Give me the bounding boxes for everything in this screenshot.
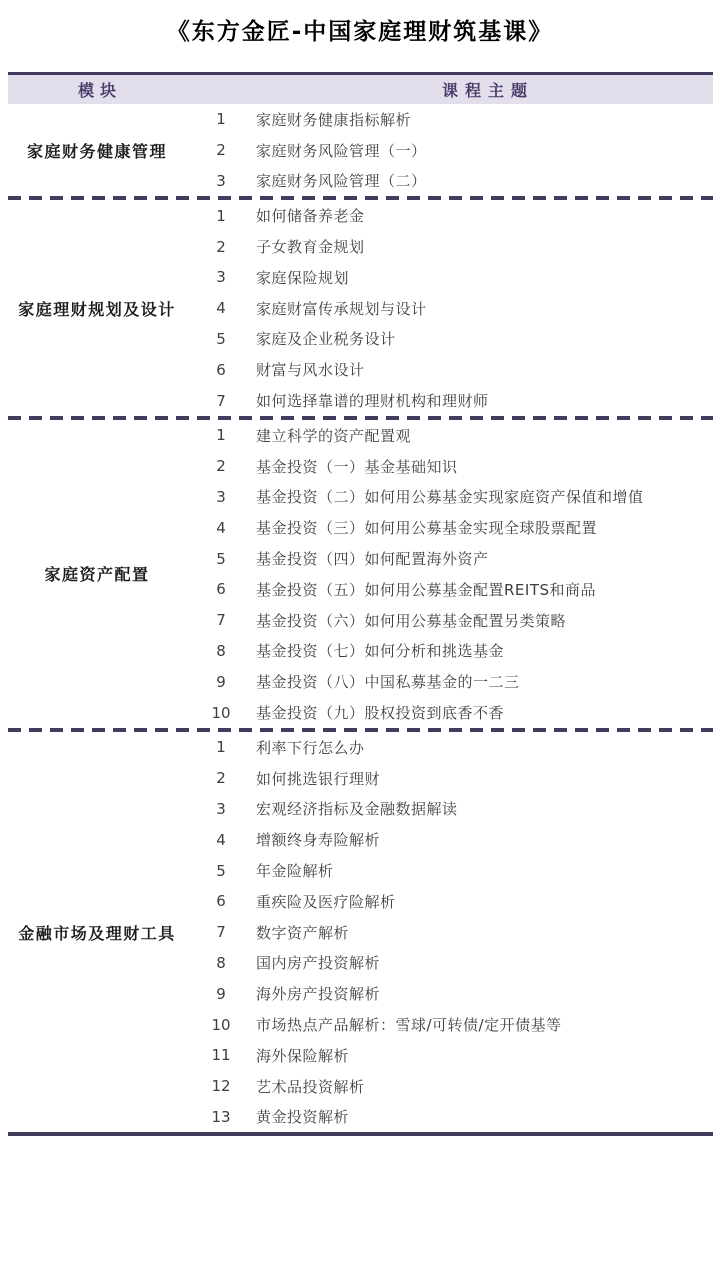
topic-title: 艺术品投资解析 xyxy=(256,1076,713,1097)
topic-title: 如何储备养老金 xyxy=(256,205,713,226)
topic-rows: 1建立科学的资产配置观2基金投资（一）基金基础知识3基金投资（二）如何用公募基金… xyxy=(186,420,713,728)
table-row: 3家庭财务风险管理（二） xyxy=(186,166,713,197)
table-row: 2家庭财务风险管理（一） xyxy=(186,135,713,166)
topic-number: 4 xyxy=(186,519,256,537)
topic-title: 基金投资（六）如何用公募基金配置另类策略 xyxy=(256,610,713,631)
topic-number: 3 xyxy=(186,172,256,190)
course-table: 模块 课程主题 家庭财务健康管理1家庭财务健康指标解析2家庭财务风险管理（一）3… xyxy=(8,72,713,1136)
topic-number: 2 xyxy=(186,238,256,256)
table-row: 10市场热点产品解析：雪球/可转债/定开债基等 xyxy=(186,1009,713,1040)
topic-number: 1 xyxy=(186,426,256,444)
topic-title: 利率下行怎么办 xyxy=(256,737,713,758)
table-row: 8基金投资（七）如何分析和挑选基金 xyxy=(186,636,713,667)
topic-number: 3 xyxy=(186,488,256,506)
module-section: 家庭财务健康管理1家庭财务健康指标解析2家庭财务风险管理（一）3家庭财务风险管理… xyxy=(8,104,713,196)
topic-number: 9 xyxy=(186,673,256,691)
topic-title: 财富与风水设计 xyxy=(256,359,713,380)
table-row: 7基金投资（六）如何用公募基金配置另类策略 xyxy=(186,605,713,636)
topic-number: 6 xyxy=(186,892,256,910)
topic-title: 海外房产投资解析 xyxy=(256,983,713,1004)
topic-number: 3 xyxy=(186,268,256,286)
topic-number: 6 xyxy=(186,580,256,598)
table-row: 7数字资产解析 xyxy=(186,917,713,948)
table-row: 2子女教育金规划 xyxy=(186,231,713,262)
topic-title: 基金投资（三）如何用公募基金实现全球股票配置 xyxy=(256,517,713,538)
topic-title: 基金投资（四）如何配置海外资产 xyxy=(256,548,713,569)
topic-title: 基金投资（七）如何分析和挑选基金 xyxy=(256,640,713,661)
topic-number: 4 xyxy=(186,831,256,849)
topic-title: 家庭财务健康指标解析 xyxy=(256,109,713,130)
column-header-module: 模块 xyxy=(8,78,186,101)
table-row: 7如何选择靠谱的理财机构和理财师 xyxy=(186,385,713,416)
topic-title: 基金投资（五）如何用公募基金配置REITS和商品 xyxy=(256,579,713,600)
topic-number: 5 xyxy=(186,550,256,568)
topic-number: 7 xyxy=(186,392,256,410)
table-row: 6财富与风水设计 xyxy=(186,354,713,385)
table-row: 2如何挑选银行理财 xyxy=(186,763,713,794)
topic-number: 2 xyxy=(186,141,256,159)
topic-title: 如何挑选银行理财 xyxy=(256,768,713,789)
topic-title: 家庭财富传承规划与设计 xyxy=(256,298,713,319)
topic-title: 海外保险解析 xyxy=(256,1045,713,1066)
topic-rows: 1利率下行怎么办2如何挑选银行理财3宏观经济指标及金融数据解读4增额终身寿险解析… xyxy=(186,732,713,1132)
topic-rows: 1家庭财务健康指标解析2家庭财务风险管理（一）3家庭财务风险管理（二） xyxy=(186,104,713,196)
topic-title: 市场热点产品解析：雪球/可转债/定开债基等 xyxy=(256,1014,713,1035)
topic-number: 1 xyxy=(186,207,256,225)
table-header-row: 模块 课程主题 xyxy=(8,75,713,104)
table-row: 1利率下行怎么办 xyxy=(186,732,713,763)
table-row: 5年金险解析 xyxy=(186,855,713,886)
topic-title: 重疾险及医疗险解析 xyxy=(256,891,713,912)
table-row: 11海外保险解析 xyxy=(186,1040,713,1071)
topic-number: 5 xyxy=(186,330,256,348)
topic-number: 2 xyxy=(186,769,256,787)
topic-title: 年金险解析 xyxy=(256,860,713,881)
table-row: 5家庭及企业税务设计 xyxy=(186,324,713,355)
module-name: 家庭理财规划及设计 xyxy=(8,200,186,416)
topic-number: 5 xyxy=(186,862,256,880)
module-name: 家庭财务健康管理 xyxy=(8,104,186,196)
topic-title: 如何选择靠谱的理财机构和理财师 xyxy=(256,390,713,411)
course-curriculum-document: 《东方金匠-中国家庭理财筑基课》 模块 课程主题 家庭财务健康管理1家庭财务健康… xyxy=(0,0,720,1280)
topic-title: 宏观经济指标及金融数据解读 xyxy=(256,798,713,819)
table-row: 12艺术品投资解析 xyxy=(186,1071,713,1102)
topic-title: 数字资产解析 xyxy=(256,922,713,943)
topic-number: 11 xyxy=(186,1046,256,1064)
topic-number: 13 xyxy=(186,1108,256,1126)
table-row: 3基金投资（二）如何用公募基金实现家庭资产保值和增值 xyxy=(186,482,713,513)
topic-number: 7 xyxy=(186,611,256,629)
topic-number: 10 xyxy=(186,704,256,722)
topic-number: 4 xyxy=(186,299,256,317)
table-row: 6基金投资（五）如何用公募基金配置REITS和商品 xyxy=(186,574,713,605)
topic-number: 10 xyxy=(186,1016,256,1034)
table-body: 家庭财务健康管理1家庭财务健康指标解析2家庭财务风险管理（一）3家庭财务风险管理… xyxy=(8,104,713,1132)
topic-title: 黄金投资解析 xyxy=(256,1106,713,1127)
table-row: 1家庭财务健康指标解析 xyxy=(186,104,713,135)
table-row: 4基金投资（三）如何用公募基金实现全球股票配置 xyxy=(186,512,713,543)
topic-title: 子女教育金规划 xyxy=(256,236,713,257)
table-row: 1建立科学的资产配置观 xyxy=(186,420,713,451)
topic-title: 建立科学的资产配置观 xyxy=(256,425,713,446)
module-section: 家庭理财规划及设计1如何储备养老金2子女教育金规划3家庭保险规划4家庭财富传承规… xyxy=(8,200,713,416)
table-row: 1如何储备养老金 xyxy=(186,200,713,231)
topic-number: 9 xyxy=(186,985,256,1003)
table-row: 3宏观经济指标及金融数据解读 xyxy=(186,794,713,825)
topic-number: 1 xyxy=(186,110,256,128)
topic-number: 6 xyxy=(186,361,256,379)
table-row: 2基金投资（一）基金基础知识 xyxy=(186,451,713,482)
table-row: 4增额终身寿险解析 xyxy=(186,824,713,855)
table-row: 5基金投资（四）如何配置海外资产 xyxy=(186,543,713,574)
topic-number: 3 xyxy=(186,800,256,818)
topic-number: 2 xyxy=(186,457,256,475)
topic-title: 家庭财务风险管理（一） xyxy=(256,140,713,161)
module-name: 家庭资产配置 xyxy=(8,420,186,728)
topic-number: 1 xyxy=(186,738,256,756)
topic-title: 家庭保险规划 xyxy=(256,267,713,288)
topic-title: 增额终身寿险解析 xyxy=(256,829,713,850)
page-title: 《东方金匠-中国家庭理财筑基课》 xyxy=(0,0,720,47)
topic-title: 基金投资（一）基金基础知识 xyxy=(256,456,713,477)
topic-title: 家庭及企业税务设计 xyxy=(256,328,713,349)
topic-title: 基金投资（九）股权投资到底香不香 xyxy=(256,702,713,723)
table-row: 13黄金投资解析 xyxy=(186,1102,713,1133)
topic-title: 基金投资（八）中国私募基金的一二三 xyxy=(256,671,713,692)
module-section: 家庭资产配置1建立科学的资产配置观2基金投资（一）基金基础知识3基金投资（二）如… xyxy=(8,420,713,728)
topic-title: 国内房产投资解析 xyxy=(256,952,713,973)
table-row: 9基金投资（八）中国私募基金的一二三 xyxy=(186,666,713,697)
module-section: 金融市场及理财工具1利率下行怎么办2如何挑选银行理财3宏观经济指标及金融数据解读… xyxy=(8,732,713,1132)
column-header-topic: 课程主题 xyxy=(256,78,713,101)
topic-rows: 1如何储备养老金2子女教育金规划3家庭保险规划4家庭财富传承规划与设计5家庭及企… xyxy=(186,200,713,416)
table-row: 6重疾险及医疗险解析 xyxy=(186,886,713,917)
table-row: 8国内房产投资解析 xyxy=(186,948,713,979)
table-row: 3家庭保险规划 xyxy=(186,262,713,293)
topic-number: 8 xyxy=(186,954,256,972)
topic-number: 8 xyxy=(186,642,256,660)
topic-title: 家庭财务风险管理（二） xyxy=(256,170,713,191)
table-row: 9海外房产投资解析 xyxy=(186,978,713,1009)
table-row: 10基金投资（九）股权投资到底香不香 xyxy=(186,697,713,728)
topic-number: 7 xyxy=(186,923,256,941)
topic-title: 基金投资（二）如何用公募基金实现家庭资产保值和增值 xyxy=(256,486,713,507)
module-name: 金融市场及理财工具 xyxy=(8,732,186,1132)
table-row: 4家庭财富传承规划与设计 xyxy=(186,293,713,324)
topic-number: 12 xyxy=(186,1077,256,1095)
